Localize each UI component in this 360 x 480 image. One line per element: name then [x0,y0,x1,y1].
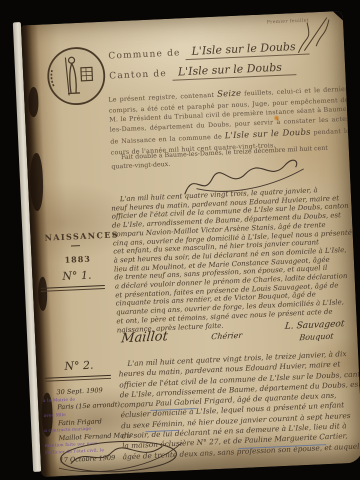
canton-value: L'Isle sur le Doubs [172,60,297,81]
commune-label: Commune de [108,48,181,61]
witness3-signature: Bouquot [299,332,334,343]
canton-label: Canton de [109,69,167,82]
act2-text: L'an mil huit cent quatre vingt trois, l… [118,348,360,462]
sheets-count: Seize [217,89,242,100]
witness2-signature: L. Sauvageot [284,319,344,332]
act1-margin-rule [41,285,105,292]
margin-naissances-label: NAISSANCES [44,229,119,242]
preamble-commune-value: L'Isle sur le Doubs [225,127,311,141]
father-signature: Maillot [121,329,169,346]
act1-number: N° 1. [62,269,92,283]
act2-margin-rule [45,375,111,382]
preamble-text: Le présent registre, contenant [108,92,217,104]
registry-seal-icon [44,44,109,109]
act1-text: L'an mil huit cent quatre vingt trois, l… [111,185,360,335]
margin-divider [71,245,80,246]
act2-number: N° 2. [64,359,94,373]
register-page: Premier feuillet Commune de L'Isle sur l… [21,11,360,477]
margin-year: 1883 [64,254,91,265]
witness1-signature: Chérier [211,331,243,341]
